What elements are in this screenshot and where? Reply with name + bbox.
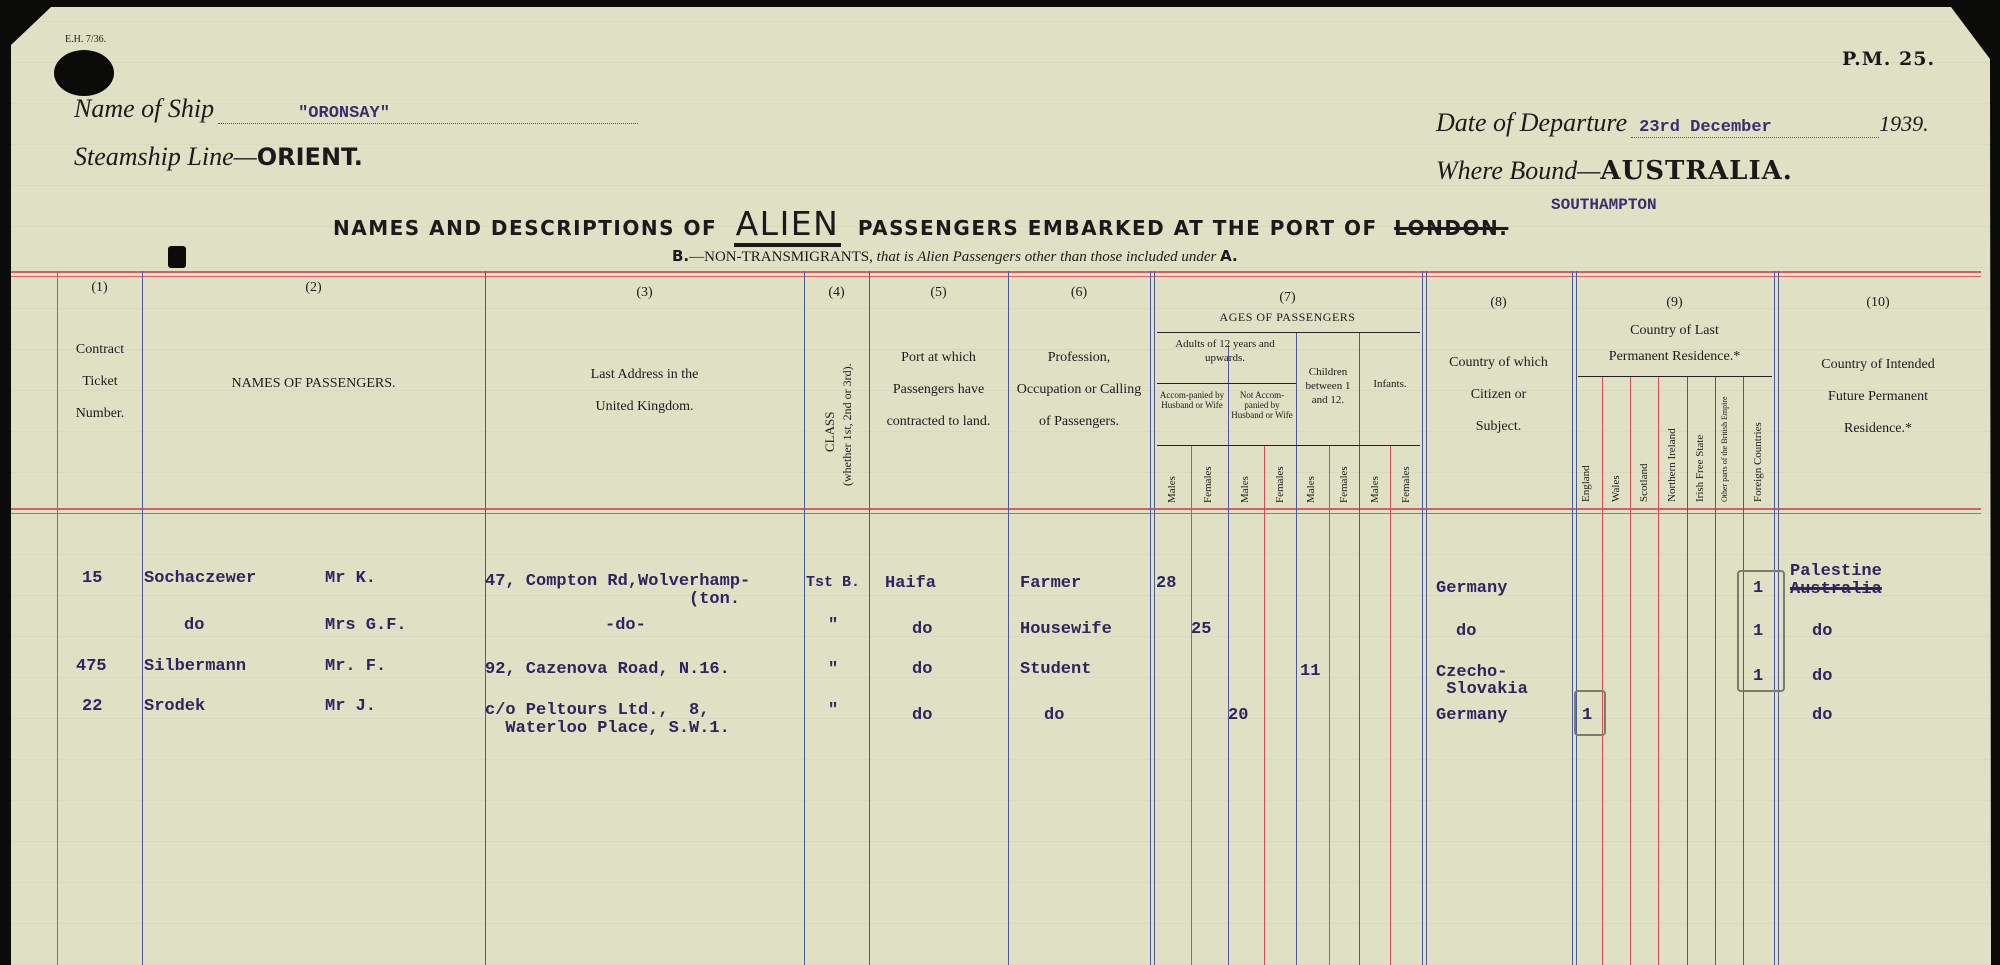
row3-address: c/o Peltours Ltd., 8, Waterloo Place, S.… xyxy=(485,702,730,738)
row0-citizen: Germany xyxy=(1436,580,1507,598)
subtitle: B.—NON-TRANSMIGRANTS, that is Alien Pass… xyxy=(672,247,1238,266)
res-wales: Wales xyxy=(1610,475,1622,502)
gender-divider xyxy=(1157,445,1420,446)
col4-num: (4) xyxy=(804,285,869,301)
col5-header-1: Port at which xyxy=(869,342,1008,374)
res-rule-a xyxy=(1602,376,1603,965)
col10-header-2: Future Permanent xyxy=(1778,381,1978,413)
age-rule-a xyxy=(1191,445,1192,965)
row1-surname: do xyxy=(184,617,204,635)
title-alien: ALIEN xyxy=(734,204,842,247)
row0-surname: Sochaczewer xyxy=(144,570,256,588)
col7-num: (7) xyxy=(1153,290,1422,306)
subtitle-b: B. xyxy=(672,247,689,265)
nacc-females: Females xyxy=(1274,466,1286,503)
ship-name-field: Name of Ship "ORONSAY" xyxy=(74,94,582,124)
accompanied-header: Accom-panied by Husband or Wife xyxy=(1158,390,1226,410)
line-label: Steamship Line— xyxy=(74,142,257,171)
row1-future: do xyxy=(1812,623,1832,641)
row1-port: do xyxy=(912,621,932,639)
col8-header-1: Country of which xyxy=(1425,347,1572,379)
col-rule-3 xyxy=(804,271,805,965)
children-header: Children between 1 and 12. xyxy=(1298,365,1358,407)
port-typed: SOUTHAMPTON xyxy=(1551,196,1657,214)
row2-class: " xyxy=(828,661,838,679)
not-accompanied-header: Not Accom-panied by Husband or Wife xyxy=(1229,390,1295,420)
row0-address: 47, Compton Rd,Wolverhamp- (ton. xyxy=(485,573,750,609)
child-females: Females xyxy=(1338,466,1350,503)
row2-future: do xyxy=(1812,668,1832,686)
infant-females: Females xyxy=(1400,466,1412,503)
row2-port: do xyxy=(912,661,932,679)
departure-date-field: Date of Departure 23rd December1939. xyxy=(1436,108,1929,138)
bound-value: AUSTRALIA. xyxy=(1600,156,1792,186)
res-rule-c xyxy=(1658,376,1659,965)
col3-header-1: Last Address in the xyxy=(485,359,804,391)
title-post: PASSENGERS EMBARKED AT THE PORT OF xyxy=(858,216,1378,240)
port-struck: LONDON. xyxy=(1394,216,1508,240)
form-code: E.H. 7/36. xyxy=(65,34,106,45)
res-northern-ireland: Northern Ireland xyxy=(1666,428,1678,502)
row0-class: Tst B. xyxy=(806,574,860,592)
infants-header: Infants. xyxy=(1360,378,1420,390)
age-rule-d xyxy=(1296,332,1297,965)
row2-given: Mr. F. xyxy=(325,658,386,676)
res-rule-e xyxy=(1715,376,1716,965)
row1-occupation: Housewife xyxy=(1020,621,1112,639)
row3-given: Mr J. xyxy=(325,698,376,716)
paper-damage xyxy=(168,246,186,268)
departure-year: 1939. xyxy=(1879,111,1929,136)
col5-header-2: Passengers have xyxy=(869,374,1008,406)
page-title: NAMES AND DESCRIPTIONS OF ALIEN PASSENGE… xyxy=(333,204,1508,243)
row2-citizen: Czecho- Slovakia xyxy=(1436,664,1528,698)
row3-ticket: 22 xyxy=(82,698,102,716)
row2-surname: Silbermann xyxy=(144,658,246,676)
res-england: England xyxy=(1580,465,1592,502)
row2-age-child-m: 11 xyxy=(1300,663,1320,681)
col-rule-8 xyxy=(1572,271,1577,965)
col4-header-1: CLASS xyxy=(822,412,838,452)
age-rule-b xyxy=(1228,345,1229,965)
col10-num: (10) xyxy=(1778,295,1978,311)
col5-header-3: contracted to land. xyxy=(869,406,1008,438)
adults-divider xyxy=(1157,383,1296,384)
row0-age-acc-m: 28 xyxy=(1156,575,1176,593)
row1-age-acc-f: 25 xyxy=(1191,621,1211,639)
row1-given: Mrs G.F. xyxy=(325,617,407,635)
row3-class: " xyxy=(828,702,838,720)
res-scotland: Scotland xyxy=(1638,464,1650,503)
subtitle-a: A. xyxy=(1220,247,1238,265)
nacc-males: Males xyxy=(1239,476,1251,503)
age-rule-g xyxy=(1390,445,1391,965)
adults-header: Adults of 12 years and upwards. xyxy=(1160,337,1290,365)
col2-header: NAMES OF PASSENGERS. xyxy=(142,368,485,400)
header-bottom-rule xyxy=(11,508,1981,510)
col8-header-3: Subject. xyxy=(1425,411,1572,443)
pencil-bracket-england xyxy=(1574,690,1606,736)
col3-header-2: United Kingdom. xyxy=(485,391,804,423)
col1-header: Contract Ticket Number. xyxy=(62,334,138,430)
departure-date: 23rd December xyxy=(1631,118,1879,138)
row3-future: do xyxy=(1812,707,1832,725)
col9-num: (9) xyxy=(1575,295,1774,311)
departure-label: Date of Departure xyxy=(1436,108,1627,137)
row3-citizen: Germany xyxy=(1436,707,1507,725)
col9-header-1: Country of Last xyxy=(1575,318,1774,344)
col3-num: (3) xyxy=(485,285,804,301)
col5-num: (5) xyxy=(869,285,1008,301)
header-bottom-rule-2 xyxy=(11,513,1981,514)
res-foreign: Foreign Countries xyxy=(1752,422,1764,502)
row1-address: -do- xyxy=(605,617,646,635)
res-rule-b xyxy=(1630,376,1631,965)
ages-divider xyxy=(1157,332,1420,333)
ship-name: "ORONSAY" xyxy=(218,104,638,124)
pencil-bracket-foreign xyxy=(1737,570,1785,692)
row0-ticket: 15 xyxy=(82,570,102,588)
top-rule xyxy=(11,271,1981,273)
age-rule-c xyxy=(1264,445,1265,965)
age-rule-e xyxy=(1329,445,1330,965)
col-rule-6 xyxy=(1150,271,1155,965)
row1-citizen: do xyxy=(1456,623,1476,641)
row3-port: do xyxy=(912,707,932,725)
subtitle-italic: that is Alien Passengers other than thos… xyxy=(877,249,1217,265)
col4-header-2: (whether 1st, 2nd or 3rd). xyxy=(840,363,855,486)
child-males: Males xyxy=(1305,476,1317,503)
ship-label: Name of Ship xyxy=(74,94,214,123)
res-rule-d xyxy=(1687,376,1688,965)
title-pre: NAMES AND DESCRIPTIONS OF xyxy=(333,216,717,240)
col6-header-3: of Passengers. xyxy=(1008,406,1150,438)
col2-num: (2) xyxy=(142,280,485,296)
row2-ticket: 475 xyxy=(76,658,107,676)
residence-divider xyxy=(1578,376,1772,377)
pm-number: P.M. 25. xyxy=(1842,48,1935,70)
col7-header: AGES OF PASSENGERS xyxy=(1153,310,1422,325)
row3-occupation: do xyxy=(1044,707,1064,725)
top-rule-2 xyxy=(11,276,1981,277)
col6-header-1: Profession, xyxy=(1008,342,1150,374)
row0-given: Mr K. xyxy=(325,570,376,588)
row0-occupation: Farmer xyxy=(1020,575,1081,593)
margin-rule xyxy=(57,271,58,965)
col8-num: (8) xyxy=(1425,295,1572,311)
age-rule-f xyxy=(1359,332,1360,965)
row1-class: " xyxy=(828,617,838,635)
res-british-empire: Other parts of the British Empire xyxy=(1720,392,1729,502)
res-irish-free-state: Irish Free State xyxy=(1694,435,1706,502)
row0-port: Haifa xyxy=(885,575,936,593)
infant-males: Males xyxy=(1369,476,1381,503)
row2-address: 92, Cazenova Road, N.16. xyxy=(485,661,730,679)
col6-header-2: Occupation or Calling xyxy=(1008,374,1150,406)
col10-header-3: Residence.* xyxy=(1778,413,1978,445)
bound-label: Where Bound— xyxy=(1436,156,1600,185)
col1-num: (1) xyxy=(57,280,142,296)
row3-surname: Srodek xyxy=(144,698,205,716)
punch-hole xyxy=(54,50,114,96)
steamship-line-field: Steamship Line—ORIENT. xyxy=(74,142,363,172)
subtitle-text: —NON-TRANSMIGRANTS, xyxy=(689,249,873,265)
row0-future-struck: Australia xyxy=(1790,581,1882,599)
col9-header-2: Permanent Residence.* xyxy=(1575,344,1774,370)
col6-num: (6) xyxy=(1008,285,1150,301)
where-bound-field: Where Bound—AUSTRALIA. xyxy=(1436,156,1793,186)
acc-females: Females xyxy=(1202,466,1214,503)
row2-occupation: Student xyxy=(1020,661,1091,679)
line-name: ORIENT. xyxy=(257,143,363,171)
row3-age-nacc-m: 20 xyxy=(1228,707,1248,725)
col8-header-2: Citizen or xyxy=(1425,379,1572,411)
row0-future: Palestine xyxy=(1790,563,1882,581)
acc-males: Males xyxy=(1166,476,1178,503)
col10-header-1: Country of Intended xyxy=(1778,349,1978,381)
